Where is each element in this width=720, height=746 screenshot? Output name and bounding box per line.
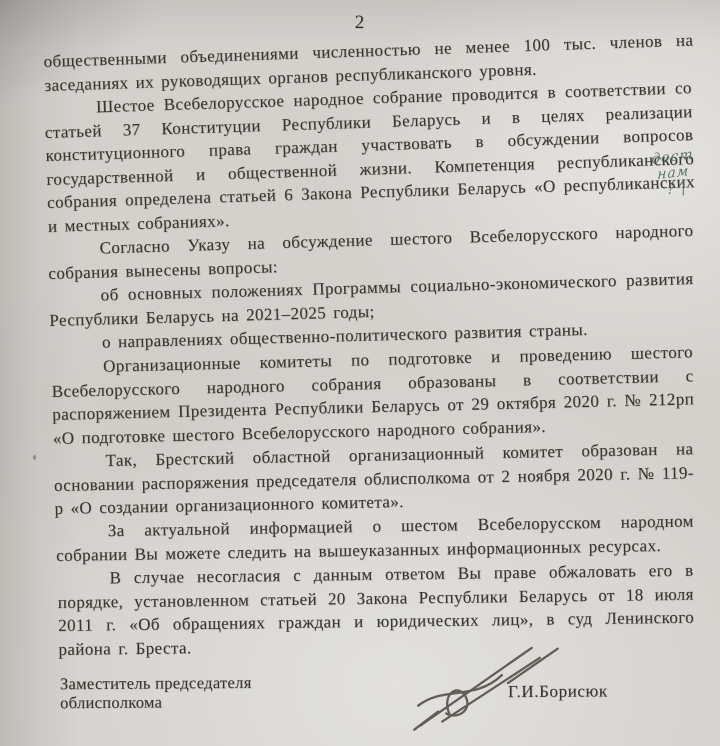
document-page: 2 общественными объединениями численност… <box>0 0 720 746</box>
paragraph-2: Шестое Всебелорусское народное собрание … <box>44 76 696 238</box>
letter-body: общественными объединениями численностью… <box>44 50 694 661</box>
handwritten-margin-note: дост нам ? | <box>650 141 720 200</box>
ink-speck <box>33 455 36 460</box>
paragraph-9: В случае несогласия с данным ответом Вы … <box>57 559 694 661</box>
signature-block: Заместитель председателя облисполкома Г.… <box>60 670 690 712</box>
paragraph-8: За актуальной информацией о шестом Всебе… <box>56 509 695 567</box>
paragraph-7: Так, Брестский областной организационный… <box>53 437 694 520</box>
paragraph-6: Организационные комитеты по подготовке и… <box>51 340 695 450</box>
signatory-name: Г.И.Борисюк <box>508 681 608 702</box>
